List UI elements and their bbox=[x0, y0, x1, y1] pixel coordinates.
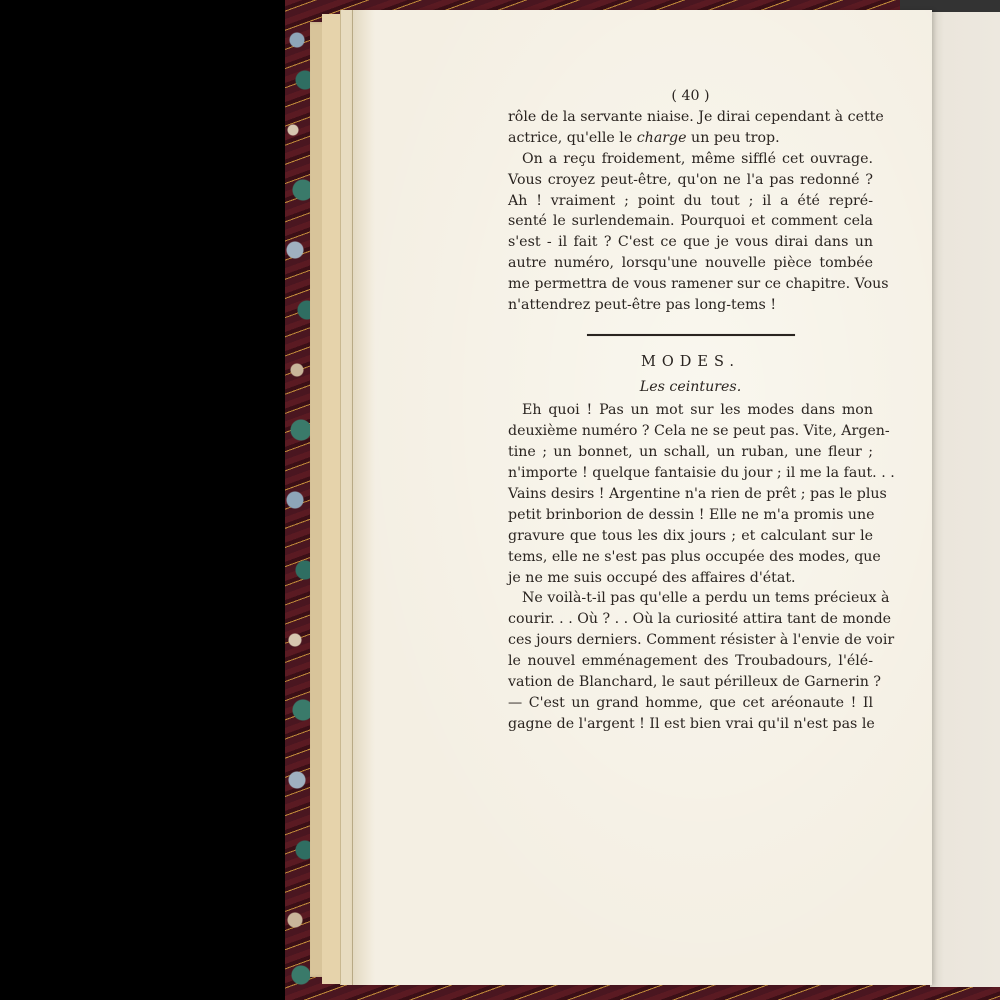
text-span: un peu trop. bbox=[687, 130, 780, 146]
text-line: Vains desirs ! Argentine n'a rien de prê… bbox=[508, 484, 873, 505]
text-line: Ah ! vraiment ; point du tout ; il a été… bbox=[508, 191, 873, 212]
text-line: Eh quoi ! Pas un mot sur les modes dans … bbox=[508, 400, 873, 421]
text-line: On a reçu froidement, même sifflé cet ou… bbox=[508, 149, 873, 170]
text-line: me permettra de vous ramener sur ce chap… bbox=[508, 274, 873, 295]
black-background bbox=[0, 0, 285, 1000]
text-line: courir. . . Où ? . . Où la curiosité att… bbox=[508, 609, 873, 630]
text-line: rôle de la servante niaise. Je dirai cep… bbox=[508, 107, 873, 128]
page-number: ( 40 ) bbox=[508, 86, 873, 107]
italic-word: charge bbox=[637, 130, 687, 146]
text-line: tems, elle ne s'est pas plus occupée des… bbox=[508, 547, 873, 568]
paragraph-3: Eh quoi ! Pas un mot sur les modes dans … bbox=[508, 400, 873, 588]
text-line: tine ; un bonnet, un schall, un ruban, u… bbox=[508, 442, 873, 463]
text-line: senté le surlendemain. Pourquoi et comme… bbox=[508, 211, 873, 232]
text-line: gravure que tous les dix jours ; et calc… bbox=[508, 526, 873, 547]
paragraph-2: On a reçu froidement, même sifflé cet ou… bbox=[508, 149, 873, 316]
paragraph-4: Ne voilà-t-il pas qu'elle a perdu un tem… bbox=[508, 588, 873, 734]
text-line: vation de Blanchard, le saut périlleux d… bbox=[508, 672, 873, 693]
text-line: autre numéro, lorsqu'une nouvelle pièce … bbox=[508, 253, 873, 274]
paragraph-1: rôle de la servante niaise. Je dirai cep… bbox=[508, 107, 873, 149]
text-span: actrice, qu'elle le bbox=[508, 130, 637, 146]
text-line: s'est - il fait ? C'est ce que je vous d… bbox=[508, 232, 873, 253]
text-line: — C'est un grand homme, que cet aréonaut… bbox=[508, 693, 873, 714]
page-text: ( 40 ) rôle de la servante niaise. Je di… bbox=[508, 86, 873, 735]
text-line: gagne de l'argent ! Il est bien vrai qu'… bbox=[508, 714, 873, 735]
text-line: actrice, qu'elle le charge un peu trop. bbox=[508, 128, 873, 149]
text-line: n'importe ! quelque fantaisie du jour ; … bbox=[508, 463, 873, 484]
text-line: le nouvel emménagement des Troubadours, … bbox=[508, 651, 873, 672]
text-line: ces jours derniers. Comment résister à l… bbox=[508, 630, 873, 651]
page-gutter bbox=[352, 10, 375, 985]
section-heading: MODES. bbox=[508, 352, 873, 373]
text-line: n'attendrez peut-être pas long-tems ! bbox=[508, 295, 873, 316]
text-line: Vous croyez peut-être, qu'on ne l'a pas … bbox=[508, 170, 873, 191]
text-line: je ne me suis occupé des affaires d'état… bbox=[508, 568, 873, 589]
section-subheading: Les ceintures. bbox=[508, 377, 873, 398]
facing-page bbox=[930, 12, 1000, 987]
text-line: petit brinborion de dessin ! Elle ne m'a… bbox=[508, 505, 873, 526]
section-divider-rule bbox=[587, 334, 795, 337]
text-line: Ne voilà-t-il pas qu'elle a perdu un tem… bbox=[508, 588, 873, 609]
text-line: deuxième numéro ? Cela ne se peut pas. V… bbox=[508, 421, 873, 442]
